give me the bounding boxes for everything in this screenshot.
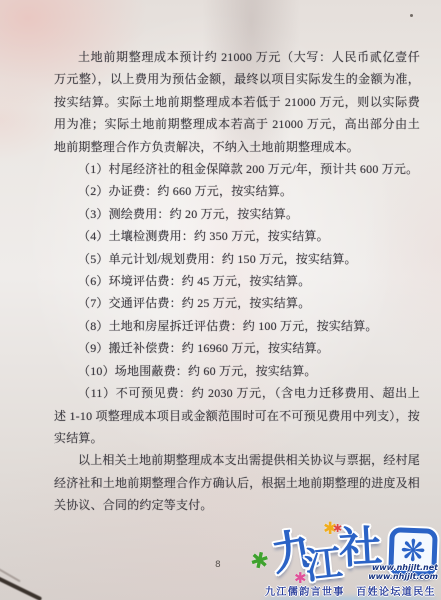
cost-item-8: （8）土地和房屋拆迁评估费：约 100 万元，按实结算。 [54, 315, 420, 337]
cost-item-5: （5）单元计划/规划费用：约 150 万元，按实结算。 [54, 248, 420, 270]
scanned-document-page: 土地前期整理成本预计约 21000 万元（大写：人民币贰亿壹仟万元整），以上费用… [0, 0, 441, 600]
cost-item-6: （6）环境评估费：约 45 万元，按实结算。 [54, 270, 420, 292]
website-urls: www.nhjjlt.net www.nhjjlt.com [368, 563, 438, 581]
paper-speck [410, 14, 413, 17]
flower-icon: ✱ [248, 549, 271, 574]
document-body: 土地前期整理成本预计约 21000 万元（大写：人民币贰亿壹仟万元整），以上费用… [54, 46, 420, 517]
paragraph-intro: 土地前期整理成本预计约 21000 万元（大写：人民币贰亿壹仟万元整），以上费用… [54, 46, 420, 158]
logo-char-jiang: 江 [303, 544, 344, 585]
cost-item-4: （4）土壤检测费用：约 350 万元，按实结算。 [54, 225, 420, 247]
cost-item-9: （9）搬迁补偿费：约 16960 万元，按实结算。 [54, 337, 420, 359]
cost-item-1: （1）村尾经济社的租金保障款 200 万元/年，预计共 600 万元。 [54, 158, 420, 180]
forum-tagline: 九江儒韵言世事 百姓论坛道民生 [265, 583, 436, 598]
cost-item-10: （10）场地围蔽费：约 60 万元，按实结算。 [54, 360, 420, 382]
jiujiang-community-watermark: ✱ ✱ ✱ ✱ 九 江 社 ❋ www.nhjjlt.net www.nhjjl… [250, 520, 441, 600]
cost-item-7: （7）交通评估费：约 25 万元，按实结算。 [54, 292, 420, 314]
cost-item-3: （3）测绘费用：约 20 万元，按实结算。 [54, 203, 420, 225]
url-com: www.nhjjlt.com [368, 572, 438, 581]
paragraph-closing: 以上相关土地前期整理成本支出需提供相关协议与票据，经村尾经济社和土地前期整理合作… [54, 449, 420, 516]
url-net: www.nhjjlt.net [368, 563, 438, 572]
page-number: 8 [215, 560, 221, 570]
cost-item-2: （2）办证费：约 660 万元，按实结算。 [54, 180, 420, 202]
cost-item-11: （11）不可预见费：约 2030 万元，（含电力迁移费用、超出上述 1-10 项… [54, 382, 420, 449]
corner-shadow-mark [0, 575, 42, 600]
